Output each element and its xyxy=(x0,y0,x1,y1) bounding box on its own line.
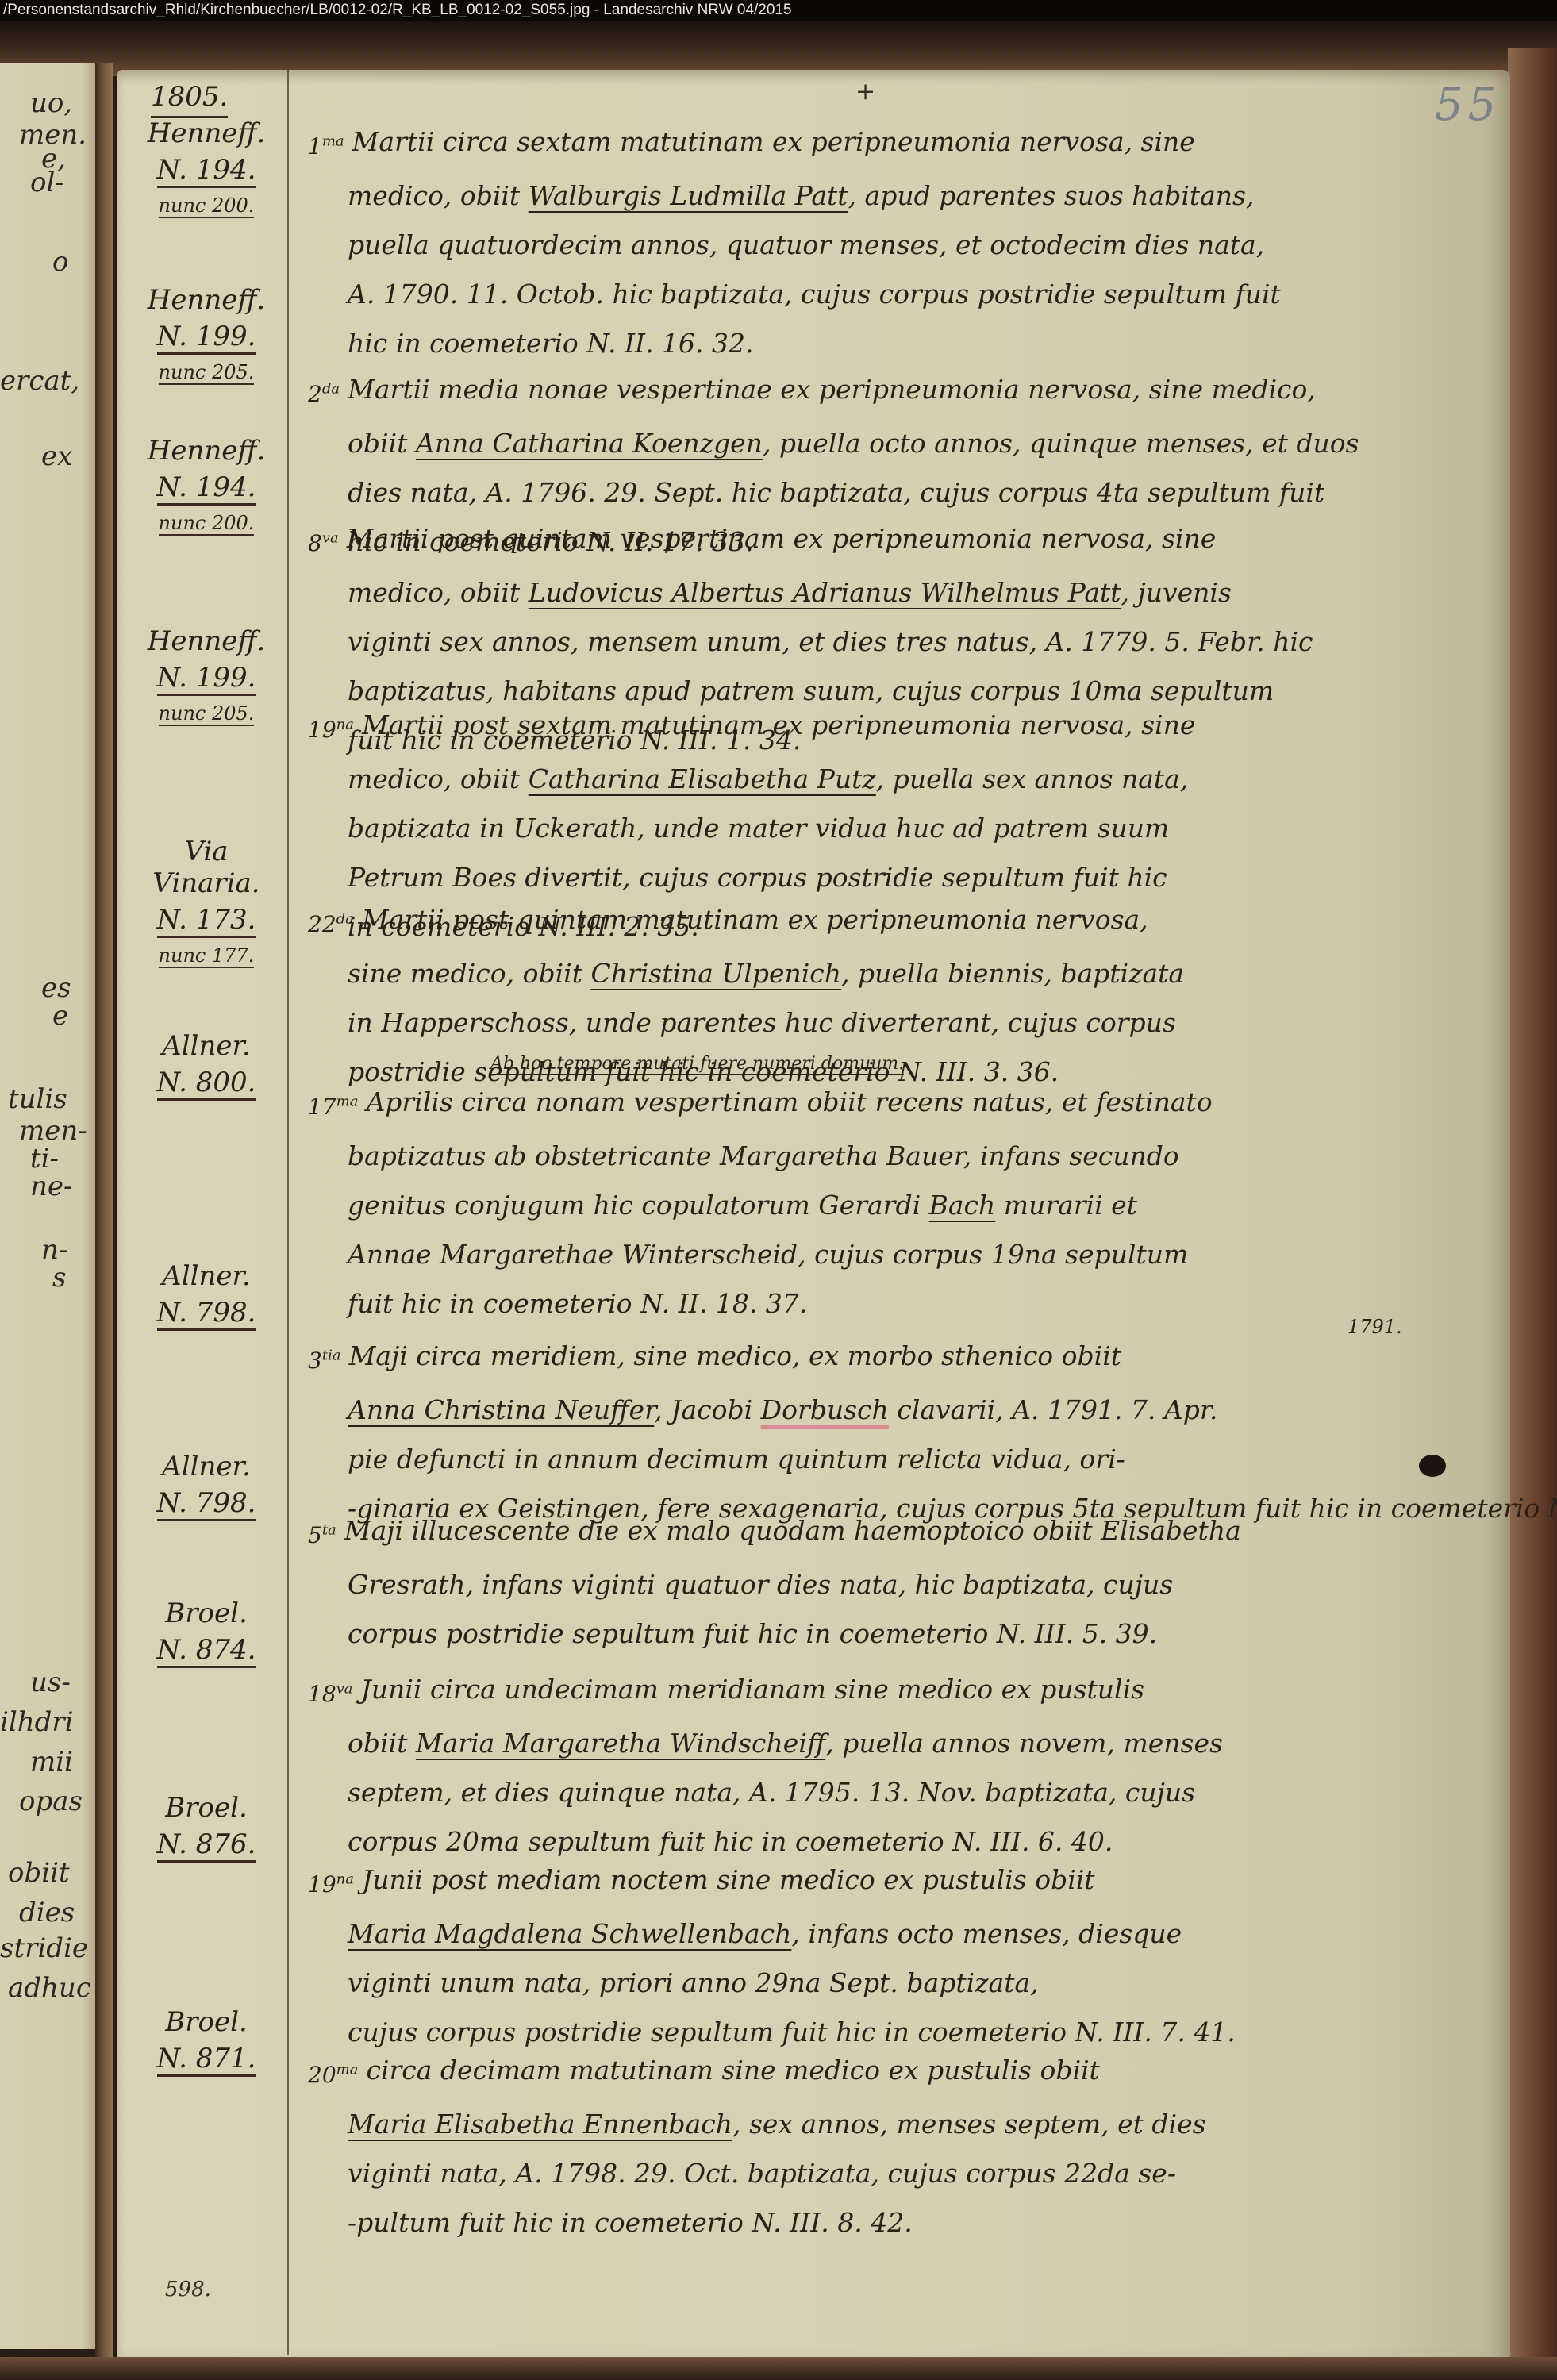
left-page-text-fragment: mii xyxy=(30,1746,73,1778)
house-location: Broel. xyxy=(135,1792,278,1824)
entry-line: in Happerschoss, unde parentes huc diver… xyxy=(308,998,1498,1048)
year-correction: 1791. xyxy=(1347,1316,1402,1338)
deceased-name: Catharina Elisabetha Putz xyxy=(529,763,876,794)
entry-line: medico, obiit Catharina Elisabetha Putz,… xyxy=(308,755,1498,804)
entry-line: A. 1790. 11. Octob. hic baptizata, cujus… xyxy=(308,270,1498,319)
entry-text: , puella sex annos nata, xyxy=(876,763,1189,794)
margin-note: Henneff.N. 194.nunc 200. xyxy=(135,117,278,218)
entry-text: puella quatuordecim annos, quatuor mense… xyxy=(348,229,1264,260)
entry-line: Maria Elisabetha Ennenbach, sex annos, m… xyxy=(308,2100,1498,2149)
new-house-number: nunc 177. xyxy=(159,944,255,968)
entry-line: Annae Margarethae Winterscheid, cujus co… xyxy=(308,1230,1498,1279)
entry-text: Junii post mediam noctem sine medico ex … xyxy=(362,1864,1095,1895)
left-page-text-fragment: ex xyxy=(41,440,72,472)
entry-line: genitus conjugum hic copulatorum Gerardi… xyxy=(308,1181,1498,1230)
entry-text: , Jacobi xyxy=(654,1394,760,1425)
left-page-text-fragment: es xyxy=(41,972,71,1004)
house-location: Allner. xyxy=(135,1260,278,1292)
left-page-edge: uo,men.e,ol-oercat,exesetulismen-ti-ne-n… xyxy=(0,63,102,2349)
margin-note: Via Vinaria.N. 173.nunc 177. xyxy=(135,836,278,968)
entry-line: viginti sex annos, mensem unum, et dies … xyxy=(308,617,1498,667)
house-number: N. 871. xyxy=(157,2043,256,2077)
entry-line: medico, obiit Walburgis Ludmilla Patt, a… xyxy=(308,171,1498,221)
margin-note: Allner.N. 800. xyxy=(135,1030,278,1101)
left-page-text-fragment: adhuc xyxy=(8,1972,91,2004)
left-page-text-fragment: uo, xyxy=(30,87,72,119)
entry-day: 5ta xyxy=(308,1522,336,1548)
left-page-text-fragment: e xyxy=(52,1000,68,1032)
entry-text: Gresrath, infans viginti quatuor dies na… xyxy=(348,1569,1173,1600)
entry-text: Martii media nonae vespertinae ex peripn… xyxy=(348,374,1316,405)
entry-line: 19naJunii post mediam noctem sine medico… xyxy=(308,1855,1498,1909)
deceased-name: Maria Margaretha Windscheiff xyxy=(416,1728,825,1759)
deceased-name: Anna Catharina Koenzgen xyxy=(416,428,763,459)
left-page-text-fragment: ercat, xyxy=(0,365,79,397)
book-binding-bottom xyxy=(0,2357,1557,2380)
house-number: N. 800. xyxy=(157,1067,256,1101)
margin-note: Broel.N. 876. xyxy=(135,1792,278,1863)
entry-text: circa decimam matutinam sine medico ex p… xyxy=(366,2055,1099,2086)
left-page-text-fragment: opas xyxy=(19,1786,83,1817)
entry-line: baptizatus ab obstetricante Margaretha B… xyxy=(308,1132,1498,1181)
new-house-number: nunc 205. xyxy=(159,702,255,726)
entry-text: A. 1790. 11. Octob. hic baptizata, cujus… xyxy=(348,279,1281,310)
entry-line: sine medico, obiit Christina Ulpenich, p… xyxy=(308,949,1498,998)
entry-text: septem, et dies quinque nata, A. 1795. 1… xyxy=(348,1777,1195,1808)
left-page-text-fragment: n- xyxy=(41,1234,67,1266)
deceased-name: Christina Ulpenich xyxy=(590,958,841,989)
book-binding-right xyxy=(1508,48,1557,2380)
entry-text: obiit xyxy=(348,1728,416,1759)
entry-text: medico, obiit xyxy=(348,763,529,794)
deceased-name: Walburgis Ludmilla Patt xyxy=(529,180,848,211)
house-location: Henneff. xyxy=(135,435,278,467)
left-page-text-fragment: tulis xyxy=(8,1083,67,1115)
entry-text: , puella annos novem, menses xyxy=(825,1728,1223,1759)
entry-day: 3tia xyxy=(308,1348,341,1374)
entry-text: , sex annos, menses septem, et dies xyxy=(732,2109,1206,2140)
entry-text: baptizatus ab obstetricante Margaretha B… xyxy=(348,1140,1179,1171)
entry-line: puella quatuordecim annos, quatuor mense… xyxy=(308,221,1498,270)
deceased-name: Dorbusch xyxy=(761,1394,889,1425)
entry-text: medico, obiit xyxy=(348,577,529,608)
entry-line: 5taMaji illucescente die ex malo quodam … xyxy=(308,1506,1498,1560)
entry-text: genitus conjugum hic copulatorum Gerardi xyxy=(348,1190,929,1221)
house-location: Allner. xyxy=(135,1030,278,1062)
house-location: Allner. xyxy=(135,1451,278,1482)
entry-text: , infans octo menses, diesque xyxy=(791,1918,1182,1949)
entry-text: dies nata, A. 1796. 29. Sept. hic baptiz… xyxy=(348,477,1324,508)
house-number: N. 874. xyxy=(157,1634,256,1668)
house-number: N. 173. xyxy=(157,904,256,938)
register-entry: 17maAprilis circa nonam vespertinam obii… xyxy=(308,1078,1498,1328)
entry-text: viginti nata, A. 1798. 29. Oct. baptizat… xyxy=(348,2158,1176,2189)
entry-text: , juvenis xyxy=(1121,577,1232,608)
house-location: Henneff. xyxy=(135,625,278,657)
entry-text: Junii circa undecimam meridianam sine me… xyxy=(361,1674,1145,1705)
entry-line: pie defuncti in annum decimum quintum re… xyxy=(308,1435,1498,1484)
entry-day: 2da xyxy=(308,381,340,407)
deceased-name: Anna Christina Neuffer xyxy=(348,1394,654,1425)
left-page-text-fragment: s xyxy=(52,1262,66,1294)
entry-text: Maji illucescente die ex malo quodam hae… xyxy=(344,1515,1241,1546)
entry-line: 1maMartii circa sextam matutinam ex peri… xyxy=(308,117,1498,171)
margin-column-divider xyxy=(287,70,289,2355)
entry-line: hic in coemeterio N. II. 16. 32. xyxy=(308,319,1498,368)
entry-text: Annae Margarethae Winterscheid, cujus co… xyxy=(348,1239,1188,1270)
house-number: N. 199. xyxy=(157,321,256,355)
left-page-text-fragment: ne- xyxy=(30,1171,73,1202)
entry-text: in Happerschoss, unde parentes huc diver… xyxy=(348,1007,1176,1038)
entry-line: Gresrath, infans viginti quatuor dies na… xyxy=(308,1560,1498,1609)
entry-text: Martii post quintam matutinam ex peripne… xyxy=(362,904,1148,935)
house-location: Henneff. xyxy=(135,284,278,316)
entry-line: corpus postridie sepultum fuit hic in co… xyxy=(308,1609,1498,1659)
footer-number: 598. xyxy=(165,2278,211,2301)
left-page-text-fragment: ti- xyxy=(30,1143,59,1175)
house-number: N. 199. xyxy=(157,662,256,696)
margin-note: Henneff.N. 194.nunc 200. xyxy=(135,435,278,536)
house-location: Via Vinaria. xyxy=(135,836,278,899)
entry-text: clavarii, A. 1791. 7. Apr. xyxy=(889,1394,1218,1425)
house-location: Henneff. xyxy=(135,117,278,149)
left-page-text-fragment: ol- xyxy=(30,167,64,198)
entry-line: 8vaMartii post quintam vespertinam ex pe… xyxy=(308,514,1498,568)
entry-day: 20ma xyxy=(308,2062,358,2088)
entry-line: 22daMartii post quintam matutinam ex per… xyxy=(308,895,1498,949)
left-page-text-fragment: us- xyxy=(30,1667,71,1698)
entry-text: , puella octo annos, quinque menses, et … xyxy=(763,428,1359,459)
entry-line: dies nata, A. 1796. 29. Sept. hic baptiz… xyxy=(308,468,1498,517)
entry-line: 3tiaMaji circa meridiem, sine medico, ex… xyxy=(308,1332,1498,1386)
entry-line: 2daMartii media nonae vespertinae ex per… xyxy=(308,365,1498,419)
left-page-text-fragment: ilhdri xyxy=(0,1706,74,1738)
deceased-name: Maria Magdalena Schwellenbach xyxy=(348,1918,791,1949)
left-page-text-fragment: stridie xyxy=(0,1932,88,1964)
entry-line: fuit hic in coemeterio N. II. 18. 37. xyxy=(308,1279,1498,1328)
margin-note: Henneff.N. 199.nunc 205. xyxy=(135,625,278,726)
register-year: 1805. xyxy=(151,81,228,118)
entry-text: Aprilis circa nonam vespertinam obiit re… xyxy=(366,1086,1212,1117)
entry-day: 1ma xyxy=(308,133,344,160)
entry-text: pie defuncti in annum decimum quintum re… xyxy=(348,1444,1125,1475)
register-entry: 19naJunii post mediam noctem sine medico… xyxy=(308,1855,1498,2057)
entry-text: corpus 20ma sepultum fuit hic in coemete… xyxy=(348,1826,1113,1857)
entry-text: Martii circa sextam matutinam ex peripne… xyxy=(352,126,1195,157)
register-entry: 20macirca decimam matutinam sine medico … xyxy=(308,2046,1498,2247)
entry-line: baptizata in Uckerath, unde mater vidua … xyxy=(308,804,1498,853)
entry-text: fuit hic in coemeterio N. II. 18. 37. xyxy=(348,1288,807,1319)
left-page-text-fragment: obiit xyxy=(8,1857,70,1889)
entry-line: Anna Christina Neuffer, Jacobi Dorbusch … xyxy=(308,1386,1498,1435)
register-entry: 3tiaMaji circa meridiem, sine medico, ex… xyxy=(308,1332,1498,1533)
deceased-name: Ludovicus Albertus Adrianus Wilhelmus Pa… xyxy=(529,577,1121,608)
entry-text: hic in coemeterio N. II. 16. 32. xyxy=(348,328,754,359)
entry-day: 17ma xyxy=(308,1094,358,1120)
entry-text: , puella biennis, baptizata xyxy=(841,958,1184,989)
interlinear-note-house-numbers: Ab hoc tempore mutati fuere numeri domuu… xyxy=(490,1054,904,1075)
entry-text: -pultum fuit hic in coemeterio N. III. 8… xyxy=(348,2207,913,2238)
left-page-text-fragment: o xyxy=(52,246,68,278)
left-page-text-fragment: dies xyxy=(19,1897,75,1928)
archive-file-path: /Personenstandsarchiv_Rhld/Kirchenbueche… xyxy=(3,2,792,18)
entry-text: baptizata in Uckerath, unde mater vidua … xyxy=(348,813,1169,844)
deceased-name: Maria Elisabetha Ennenbach xyxy=(348,2109,732,2140)
entry-line: obiit Maria Margaretha Windscheiff, puel… xyxy=(308,1719,1498,1768)
entry-text: medico, obiit xyxy=(348,180,529,211)
register-page: + 55 1805. Henneff.N. 194.nunc 200.Henne… xyxy=(117,70,1510,2363)
book-gutter xyxy=(95,63,113,2357)
entry-line: 19naMartii post sextam matutinam ex peri… xyxy=(308,701,1498,755)
entry-line: -pultum fuit hic in coemeterio N. III. 8… xyxy=(308,2198,1498,2247)
margin-note: Allner.N. 798. xyxy=(135,1451,278,1521)
entry-day: 19na xyxy=(308,1871,354,1897)
house-number: N. 876. xyxy=(157,1828,256,1863)
house-number: N. 798. xyxy=(157,1297,256,1331)
house-number: N. 798. xyxy=(157,1487,256,1521)
register-entry: 5taMaji illucescente die ex malo quodam … xyxy=(308,1506,1498,1659)
entry-day: 19na xyxy=(308,717,354,743)
entry-day: 8va xyxy=(308,530,339,556)
entry-line: 18vaJunii circa undecimam meridianam sin… xyxy=(308,1665,1498,1719)
entry-line: viginti unum nata, priori anno 29na Sept… xyxy=(308,1959,1498,2008)
new-house-number: nunc 205. xyxy=(159,361,255,385)
deceased-name: Bach xyxy=(929,1190,996,1221)
register-entry: 1maMartii circa sextam matutinam ex peri… xyxy=(308,117,1498,368)
entry-text: sine medico, obiit xyxy=(348,958,590,989)
entry-text: Martii post sextam matutinam ex peripneu… xyxy=(362,709,1195,740)
house-number: N. 194. xyxy=(157,154,256,188)
archive-caption-bar: /Personenstandsarchiv_Rhld/Kirchenbueche… xyxy=(0,0,1557,21)
entry-text: obiit xyxy=(348,428,416,459)
entry-day: 18va xyxy=(308,1681,353,1707)
book-binding-top xyxy=(0,21,1557,76)
entry-text: Martii post quintam vespertinam ex perip… xyxy=(347,523,1217,554)
entry-text: cujus corpus postridie sepultum fuit hic… xyxy=(348,2017,1236,2047)
entry-text: Maji circa meridiem, sine medico, ex mor… xyxy=(349,1340,1121,1371)
margin-note: Broel.N. 871. xyxy=(135,2006,278,2077)
cross-mark: + xyxy=(855,78,875,106)
new-house-number: nunc 200. xyxy=(159,512,255,536)
margin-note: Allner.N. 798. xyxy=(135,1260,278,1331)
entry-line: septem, et dies quinque nata, A. 1795. 1… xyxy=(308,1768,1498,1817)
entry-line: 17maAprilis circa nonam vespertinam obii… xyxy=(308,1078,1498,1132)
entry-line: viginti nata, A. 1798. 29. Oct. baptizat… xyxy=(308,2149,1498,2198)
entry-text: murarii et xyxy=(995,1190,1137,1221)
margin-note: Henneff.N. 199.nunc 205. xyxy=(135,284,278,385)
house-location: Broel. xyxy=(135,1598,278,1629)
entry-text: , apud parentes suos habitans, xyxy=(848,180,1255,211)
entry-text: viginti unum nata, priori anno 29na Sept… xyxy=(348,1967,1039,1998)
left-page-text-fragment: men- xyxy=(19,1115,87,1147)
house-number: N. 194. xyxy=(157,471,256,506)
entry-line: 20macirca decimam matutinam sine medico … xyxy=(308,2046,1498,2100)
entry-line: Maria Magdalena Schwellenbach, infans oc… xyxy=(308,1909,1498,1959)
ink-blot xyxy=(1419,1455,1446,1477)
margin-note: Broel.N. 874. xyxy=(135,1598,278,1668)
entry-text: viginti sex annos, mensem unum, et dies … xyxy=(348,626,1313,657)
entry-text: corpus postridie sepultum fuit hic in co… xyxy=(348,1618,1157,1649)
house-location: Broel. xyxy=(135,2006,278,2038)
entry-line: medico, obiit Ludovicus Albertus Adrianu… xyxy=(308,568,1498,617)
entry-day: 22da xyxy=(308,911,354,937)
register-entry: 18vaJunii circa undecimam meridianam sin… xyxy=(308,1665,1498,1867)
new-house-number: nunc 200. xyxy=(159,194,255,218)
entry-text: Petrum Boes divertit, cujus corpus postr… xyxy=(348,862,1167,893)
entry-line: obiit Anna Catharina Koenzgen, puella oc… xyxy=(308,419,1498,468)
